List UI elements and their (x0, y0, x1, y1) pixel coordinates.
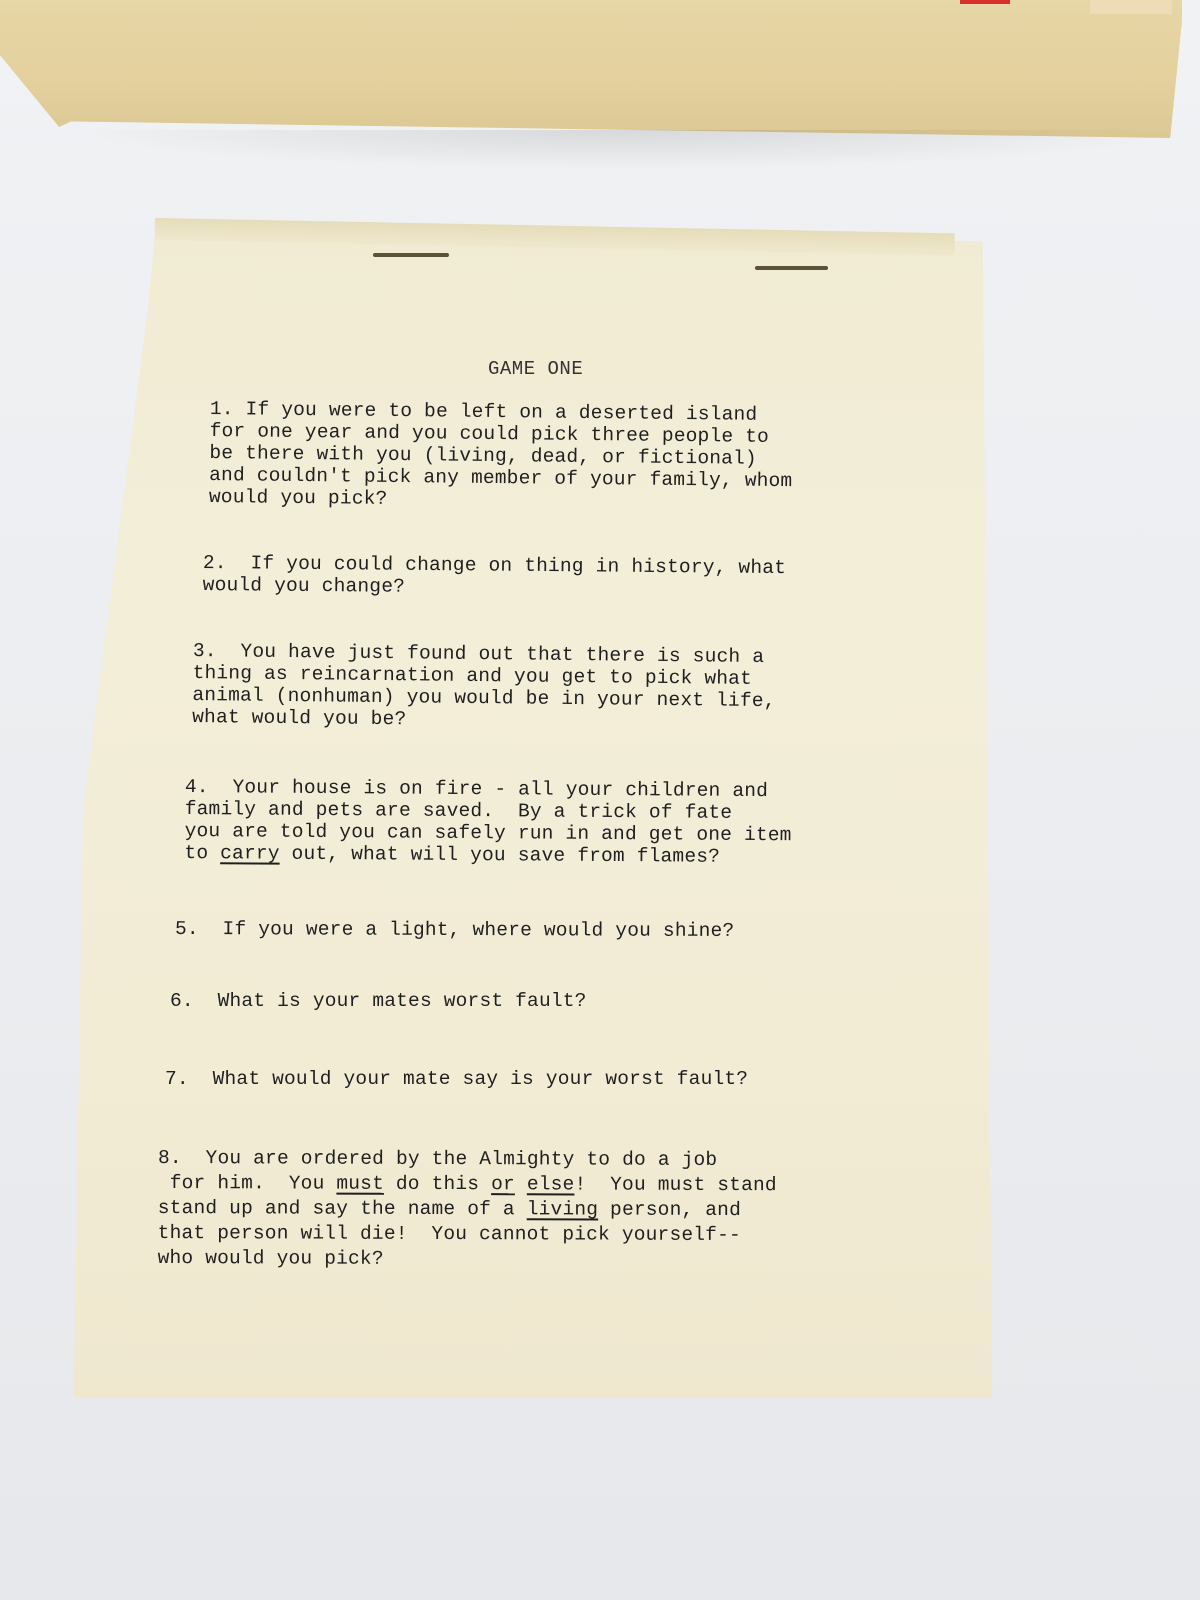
staple-icon (755, 266, 828, 270)
question-8-text: do this (384, 1173, 491, 1195)
page-title: GAME ONE (488, 358, 583, 380)
underlined-word: else (527, 1173, 575, 1195)
question-5: 5. If you were a light, where would you … (175, 918, 734, 942)
question-4: 4. Your house is on fire - all your chil… (184, 776, 792, 868)
question-6: 6. What is your mates worst fault? (170, 990, 587, 1012)
box-inner-edge (1090, 0, 1172, 14)
underlined-word: or (491, 1173, 515, 1195)
box-red-insert (960, 0, 1010, 4)
question-1: 1. If you were to be left on a deserted … (209, 398, 793, 514)
box-shadow (70, 130, 1180, 170)
underlined-word: carry (220, 842, 280, 864)
question-3: 3. You have just found out that there is… (192, 640, 776, 734)
game-box-lid (0, 0, 1182, 138)
underlined-word: must (336, 1173, 384, 1195)
question-8: 8. You are ordered by the Almighty to do… (158, 1146, 777, 1273)
staple-icon (373, 253, 449, 257)
question-7: 7. What would your mate say is your wors… (165, 1068, 748, 1090)
question-4-text-end: out, what will you save from flames? (280, 843, 721, 868)
question-2: 2. If you could change on thing in histo… (203, 552, 787, 601)
underlined-word: living (527, 1198, 598, 1220)
question-8-text (515, 1173, 527, 1195)
